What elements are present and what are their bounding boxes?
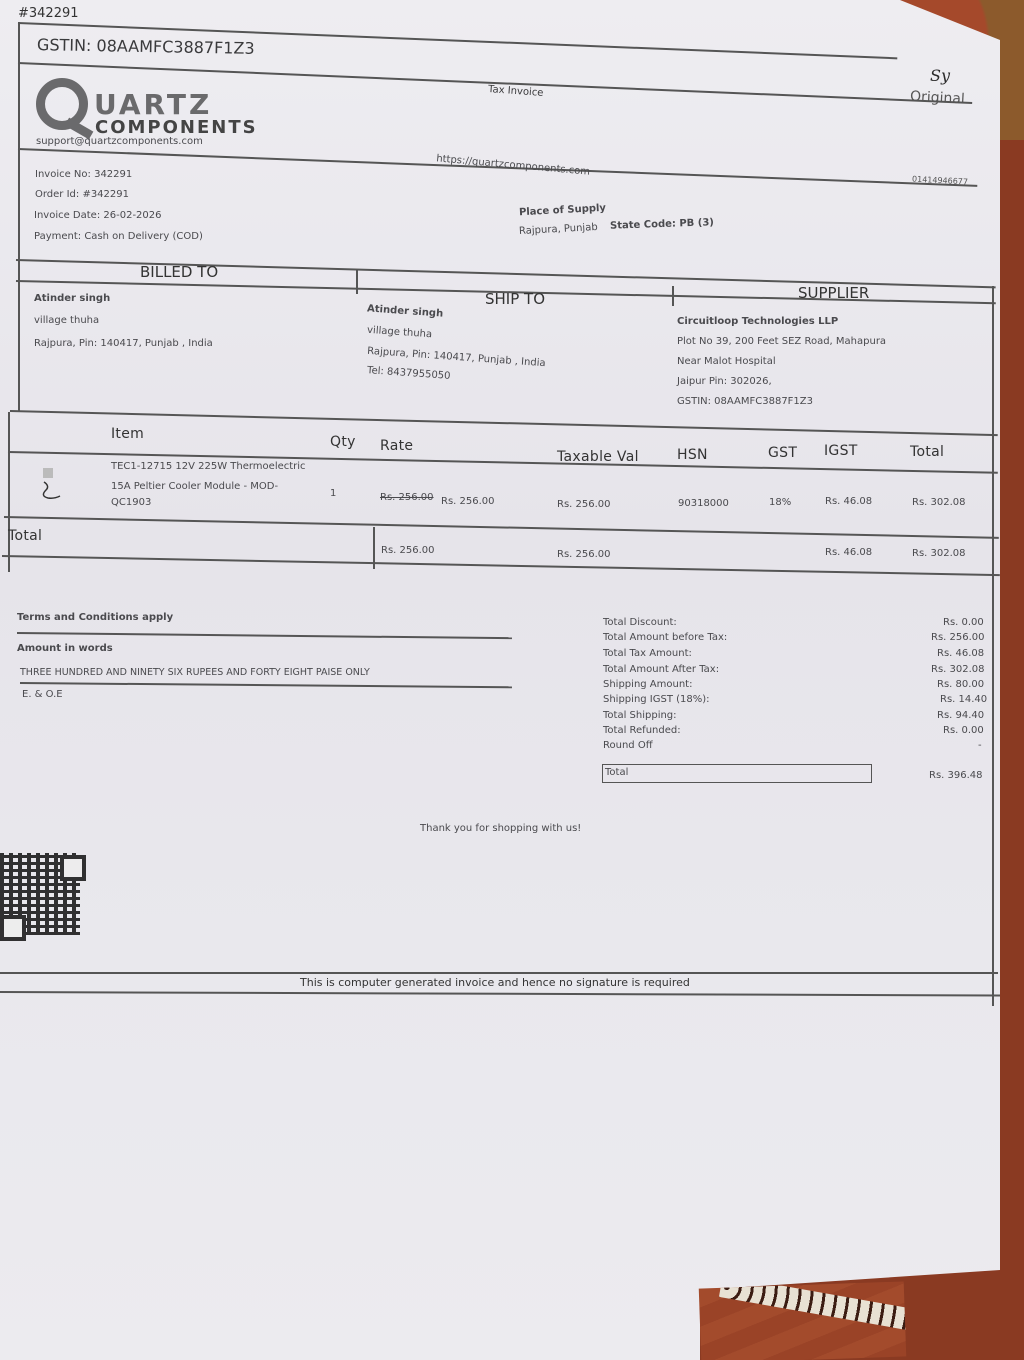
summary-value: Rs. 0.00 (943, 725, 984, 736)
logo-q-icon (36, 78, 88, 130)
summary-value: Rs. 302.08 (931, 664, 985, 675)
summary-value: Rs. 94.40 (937, 710, 984, 721)
billed-to-heading: BILLED TO (140, 263, 218, 281)
item-total: Rs. 302.08 (912, 497, 966, 508)
party-divider-1 (356, 270, 358, 294)
frame-right (992, 286, 994, 1006)
invoice-date: Invoice Date: 26-02-2026 (34, 210, 162, 221)
col-total: Total (910, 444, 944, 460)
terms-text: Terms and Conditions apply (17, 612, 173, 623)
summary-label: Total Shipping: (603, 710, 677, 721)
total-row-label: Total (8, 528, 42, 544)
total-row-rate: Rs. 256.00 (381, 545, 435, 556)
supplier-name: Circuitloop Technologies LLP (677, 316, 838, 327)
summary-label: Total Discount: (603, 617, 677, 628)
table-left (8, 412, 10, 572)
billed-to-name: Atinder singh (34, 293, 110, 304)
handwritten-initials: Sy (930, 66, 950, 85)
total-row-taxable: Rs. 256.00 (557, 549, 611, 560)
eoe-text: E. & O.E (22, 689, 63, 700)
billed-to-line1: village thuha (34, 315, 99, 326)
table-bottom (2, 555, 1000, 576)
summary-label: Round Off (603, 740, 653, 751)
summary-label: Total Amount before Tax: (603, 632, 727, 643)
summary-value: Rs. 256.00 (931, 632, 985, 643)
col-item: Item (111, 426, 144, 442)
amount-words-label: Amount in words (17, 643, 113, 654)
ship-to-line2: Rajpura, Pin: 140417, Punjab , India (367, 346, 546, 369)
item-igst: Rs. 46.08 (825, 496, 872, 507)
summary-value: Rs. 46.08 (937, 648, 984, 659)
total-row-total: Rs. 302.08 (912, 548, 966, 559)
summary-label: Total Amount After Tax: (603, 664, 719, 675)
item-rate: Rs. 256.00 (441, 496, 495, 507)
doc-type: Tax Invoice (488, 84, 544, 99)
summary-label: Shipping IGST (18%): (603, 694, 710, 705)
total-row-igst: Rs. 46.08 (825, 547, 872, 558)
words-divider (20, 682, 512, 688)
support-email[interactable]: support@quartzcomponents.com (36, 136, 203, 147)
gstin-header: GSTIN: 08AAMFC3887F1Z3 (37, 35, 255, 58)
supplier-line2: Near Malot Hospital (677, 356, 776, 367)
frame-left (18, 22, 20, 412)
grand-total-label: Total (605, 767, 628, 778)
supplier-heading: SUPPLIER (798, 284, 869, 302)
supplier-line3: Jaipur Pin: 302026, (677, 376, 772, 387)
item-hsn: 90318000 (678, 498, 729, 509)
thank-you-text: Thank you for shopping with us! (420, 823, 581, 834)
footer-top (0, 972, 998, 974)
terms-divider (17, 632, 512, 639)
corner-reference: #342291 (18, 6, 79, 21)
grand-total-box: Total (602, 764, 872, 783)
state-code: State Code: PB (3) (610, 217, 714, 232)
table-top (10, 410, 998, 436)
amount-in-words: THREE HUNDRED AND NINETY SIX RUPEES AND … (20, 667, 370, 678)
qr-code[interactable] (0, 853, 80, 935)
order-id: Order Id: #342291 (35, 189, 129, 200)
summary-value: Rs. 0.00 (943, 617, 984, 628)
website-link[interactable]: https://quartzcomponents.com (436, 153, 591, 177)
party-divider-2 (672, 286, 674, 306)
invoice-paper: #342291 GSTIN: 08AAMFC3887F1Z3 UARTZ COM… (0, 0, 1000, 1360)
ship-to-name: Atinder singh (367, 303, 444, 319)
col-hsn: HSN (677, 447, 708, 463)
item-name-line2: 15A Peltier Cooler Module - MOD- (111, 481, 278, 492)
summary-value: - (978, 740, 982, 751)
supplier-line1: Plot No 39, 200 Feet SEZ Road, Mahapura (677, 336, 886, 347)
item-rate-original: Rs. 256.00 (380, 492, 434, 503)
item-qty: 1 (330, 488, 336, 499)
col-qty: Qty (330, 434, 356, 450)
item-row-bottom (4, 516, 999, 538)
item-name-line3: QC1903 (111, 497, 151, 508)
place-of-supply-label: Place of Supply (519, 203, 606, 219)
item-taxable-val: Rs. 256.00 (557, 499, 611, 510)
payment-method: Payment: Cash on Delivery (COD) (34, 231, 203, 242)
logo-subtitle: COMPONENTS (95, 117, 258, 138)
invoice-number: Invoice No: 342291 (35, 169, 132, 180)
summary-label: Shipping Amount: (603, 679, 692, 690)
col-gst: GST (768, 445, 797, 461)
copy-label: Original (910, 89, 966, 108)
item-name-line1: TEC1-12715 12V 225W Thermoelectric (111, 461, 306, 472)
billed-to-line2: Rajpura, Pin: 140417, Punjab , India (34, 338, 213, 349)
grand-total-value: Rs. 396.48 (929, 770, 983, 781)
item-gst: 18% (769, 497, 791, 508)
place-of-supply: Rajpura, Punjab (519, 222, 598, 237)
summary-value: Rs. 14.40 (940, 694, 987, 705)
footer-bottom (0, 991, 1000, 996)
ship-to-line1: village thuha (367, 325, 433, 341)
disclaimer-text: This is computer generated invoice and h… (300, 976, 690, 989)
product-thumbnail-icon (38, 468, 62, 502)
ship-to-tel: Tel: 8437955050 (367, 365, 451, 382)
supplier-gstin: GSTIN: 08AAMFC3887F1Z3 (677, 396, 813, 407)
phone-number: 01414946677 (912, 175, 968, 187)
summary-value: Rs. 80.00 (937, 679, 984, 690)
background-fabric-bottom (699, 1281, 906, 1360)
summary-label: Total Refunded: (603, 725, 681, 736)
col-igst: IGST (824, 443, 858, 459)
summary-label: Total Tax Amount: (603, 648, 692, 659)
ship-to-heading: SHIP TO (485, 290, 545, 308)
col-rate: Rate (380, 438, 413, 454)
